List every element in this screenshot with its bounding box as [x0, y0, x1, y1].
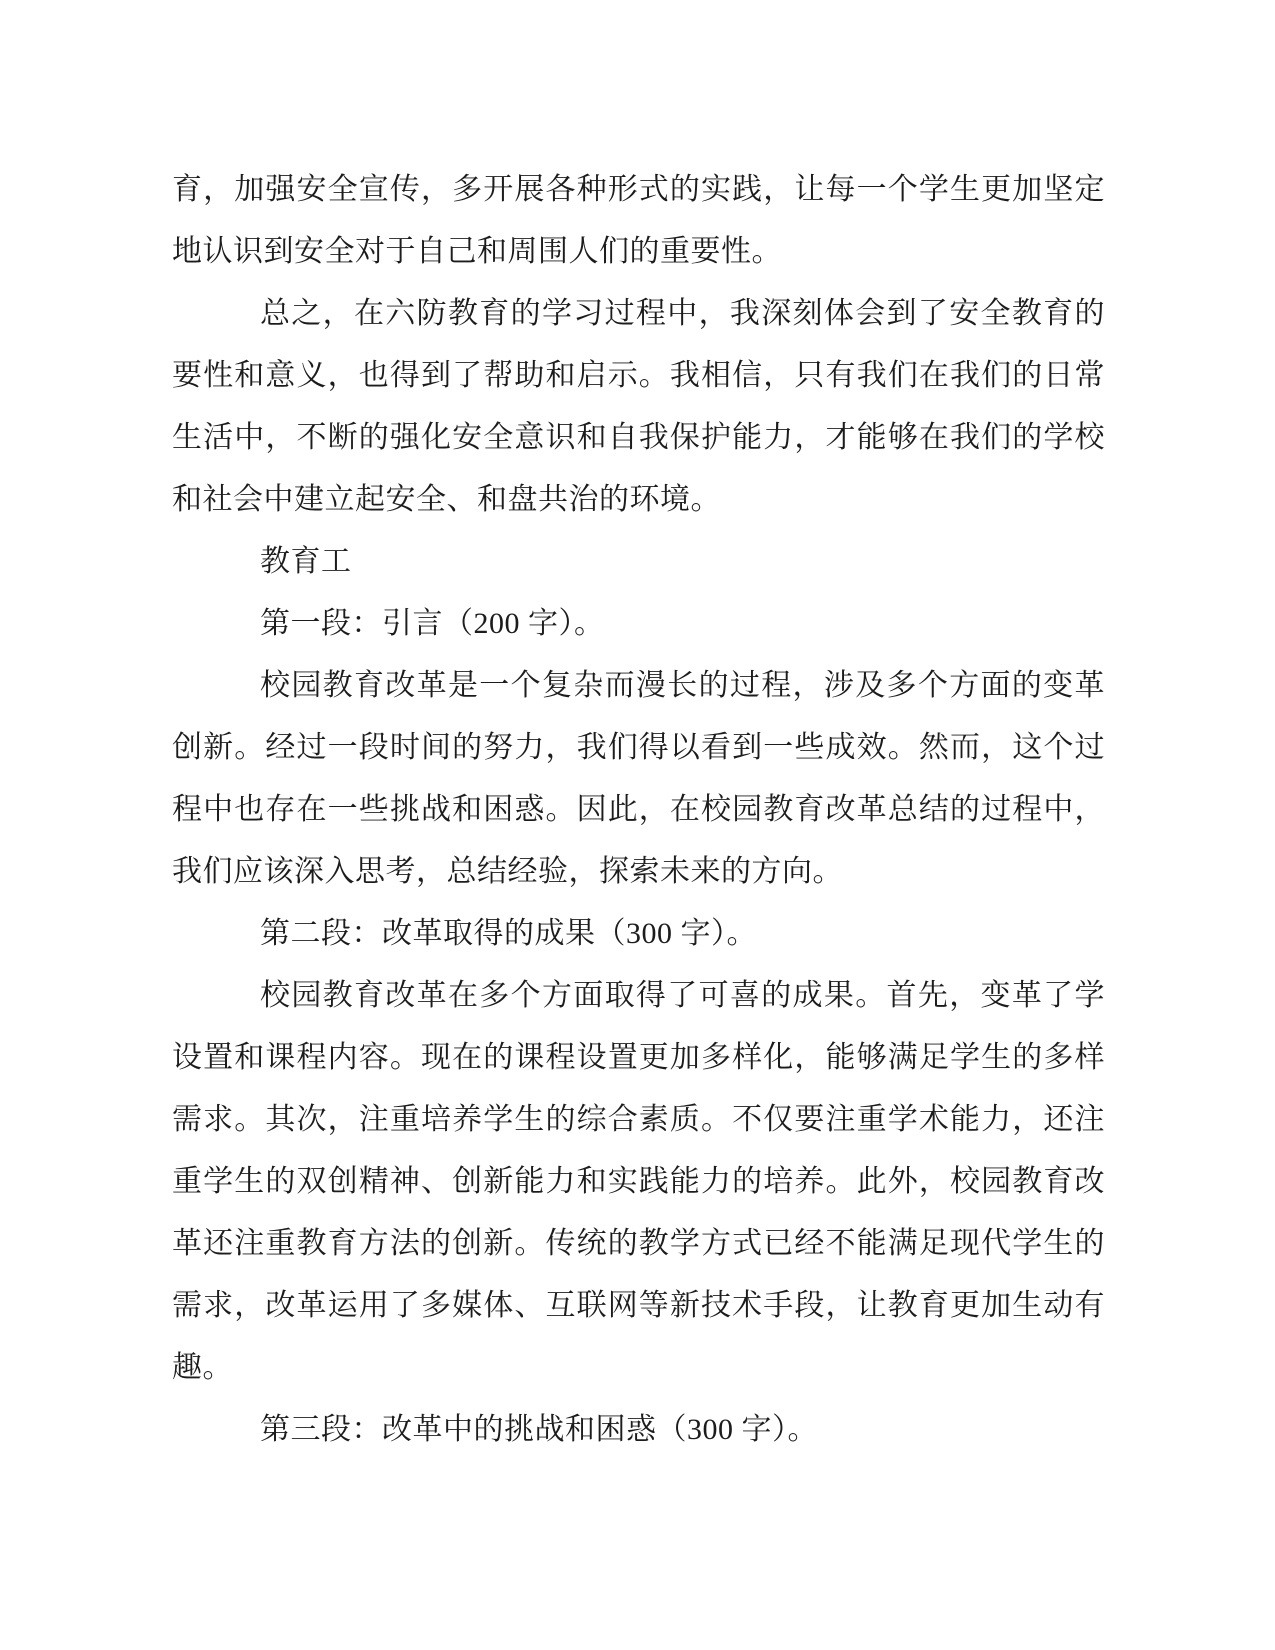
text-line: 需求，改革运用了多媒体、互联网等新技术手段，让教育更加生动有 — [172, 1275, 1105, 1337]
text-line: 我们应该深入思考，总结经验，探索未来的方向。 — [172, 841, 1105, 903]
text-line: 地认识到安全对于自己和周围人们的重要性。 — [172, 221, 1105, 283]
text-line: 设置和课程内容。现在的课程设置更加多样化，能够满足学生的多样 — [172, 1027, 1105, 1089]
text-line: 革还注重教育方法的创新。传统的教学方式已经不能满足现代学生的 — [172, 1213, 1105, 1275]
document-page: 育，加强安全宣传，多开展各种形式的实践，让每一个学生更加坚定地认识到安全对于自己… — [0, 0, 1275, 1650]
text-line: 总之，在六防教育的学习过程中，我深刻体会到了安全教育的必 — [172, 283, 1105, 345]
text-line: 校园教育改革在多个方面取得了可喜的成果。首先，变革了学科 — [172, 965, 1105, 1027]
text-line: 程中也存在一些挑战和困惑。因此，在校园教育改革总结的过程中， — [172, 779, 1105, 841]
text-line: 重学生的双创精神、创新能力和实践能力的培养。此外，校园教育改 — [172, 1151, 1105, 1213]
text-line: 创新。经过一段时间的努力，我们得以看到一些成效。然而，这个过 — [172, 717, 1105, 779]
text-line: 第三段：改革中的挑战和困惑（300 字）。 — [172, 1399, 1105, 1461]
text-line: 要性和意义，也得到了帮助和启示。我相信，只有我们在我们的日常 — [172, 345, 1105, 407]
text-line: 趣。 — [172, 1337, 1105, 1399]
text-line: 第一段：引言（200 字）。 — [172, 593, 1105, 655]
text-line: 育，加强安全宣传，多开展各种形式的实践，让每一个学生更加坚定 — [172, 159, 1105, 221]
text-block: 育，加强安全宣传，多开展各种形式的实践，让每一个学生更加坚定地认识到安全对于自己… — [172, 159, 1105, 1461]
text-line: 和社会中建立起安全、和盘共治的环境。 — [172, 469, 1105, 531]
text-line: 教育工 — [172, 531, 1105, 593]
text-line: 需求。其次，注重培养学生的综合素质。不仅要注重学术能力，还注 — [172, 1089, 1105, 1151]
text-line: 第二段：改革取得的成果（300 字）。 — [172, 903, 1105, 965]
text-line: 校园教育改革是一个复杂而漫长的过程，涉及多个方面的变革和 — [172, 655, 1105, 717]
text-line: 生活中，不断的强化安全意识和自我保护能力，才能够在我们的学校 — [172, 407, 1105, 469]
